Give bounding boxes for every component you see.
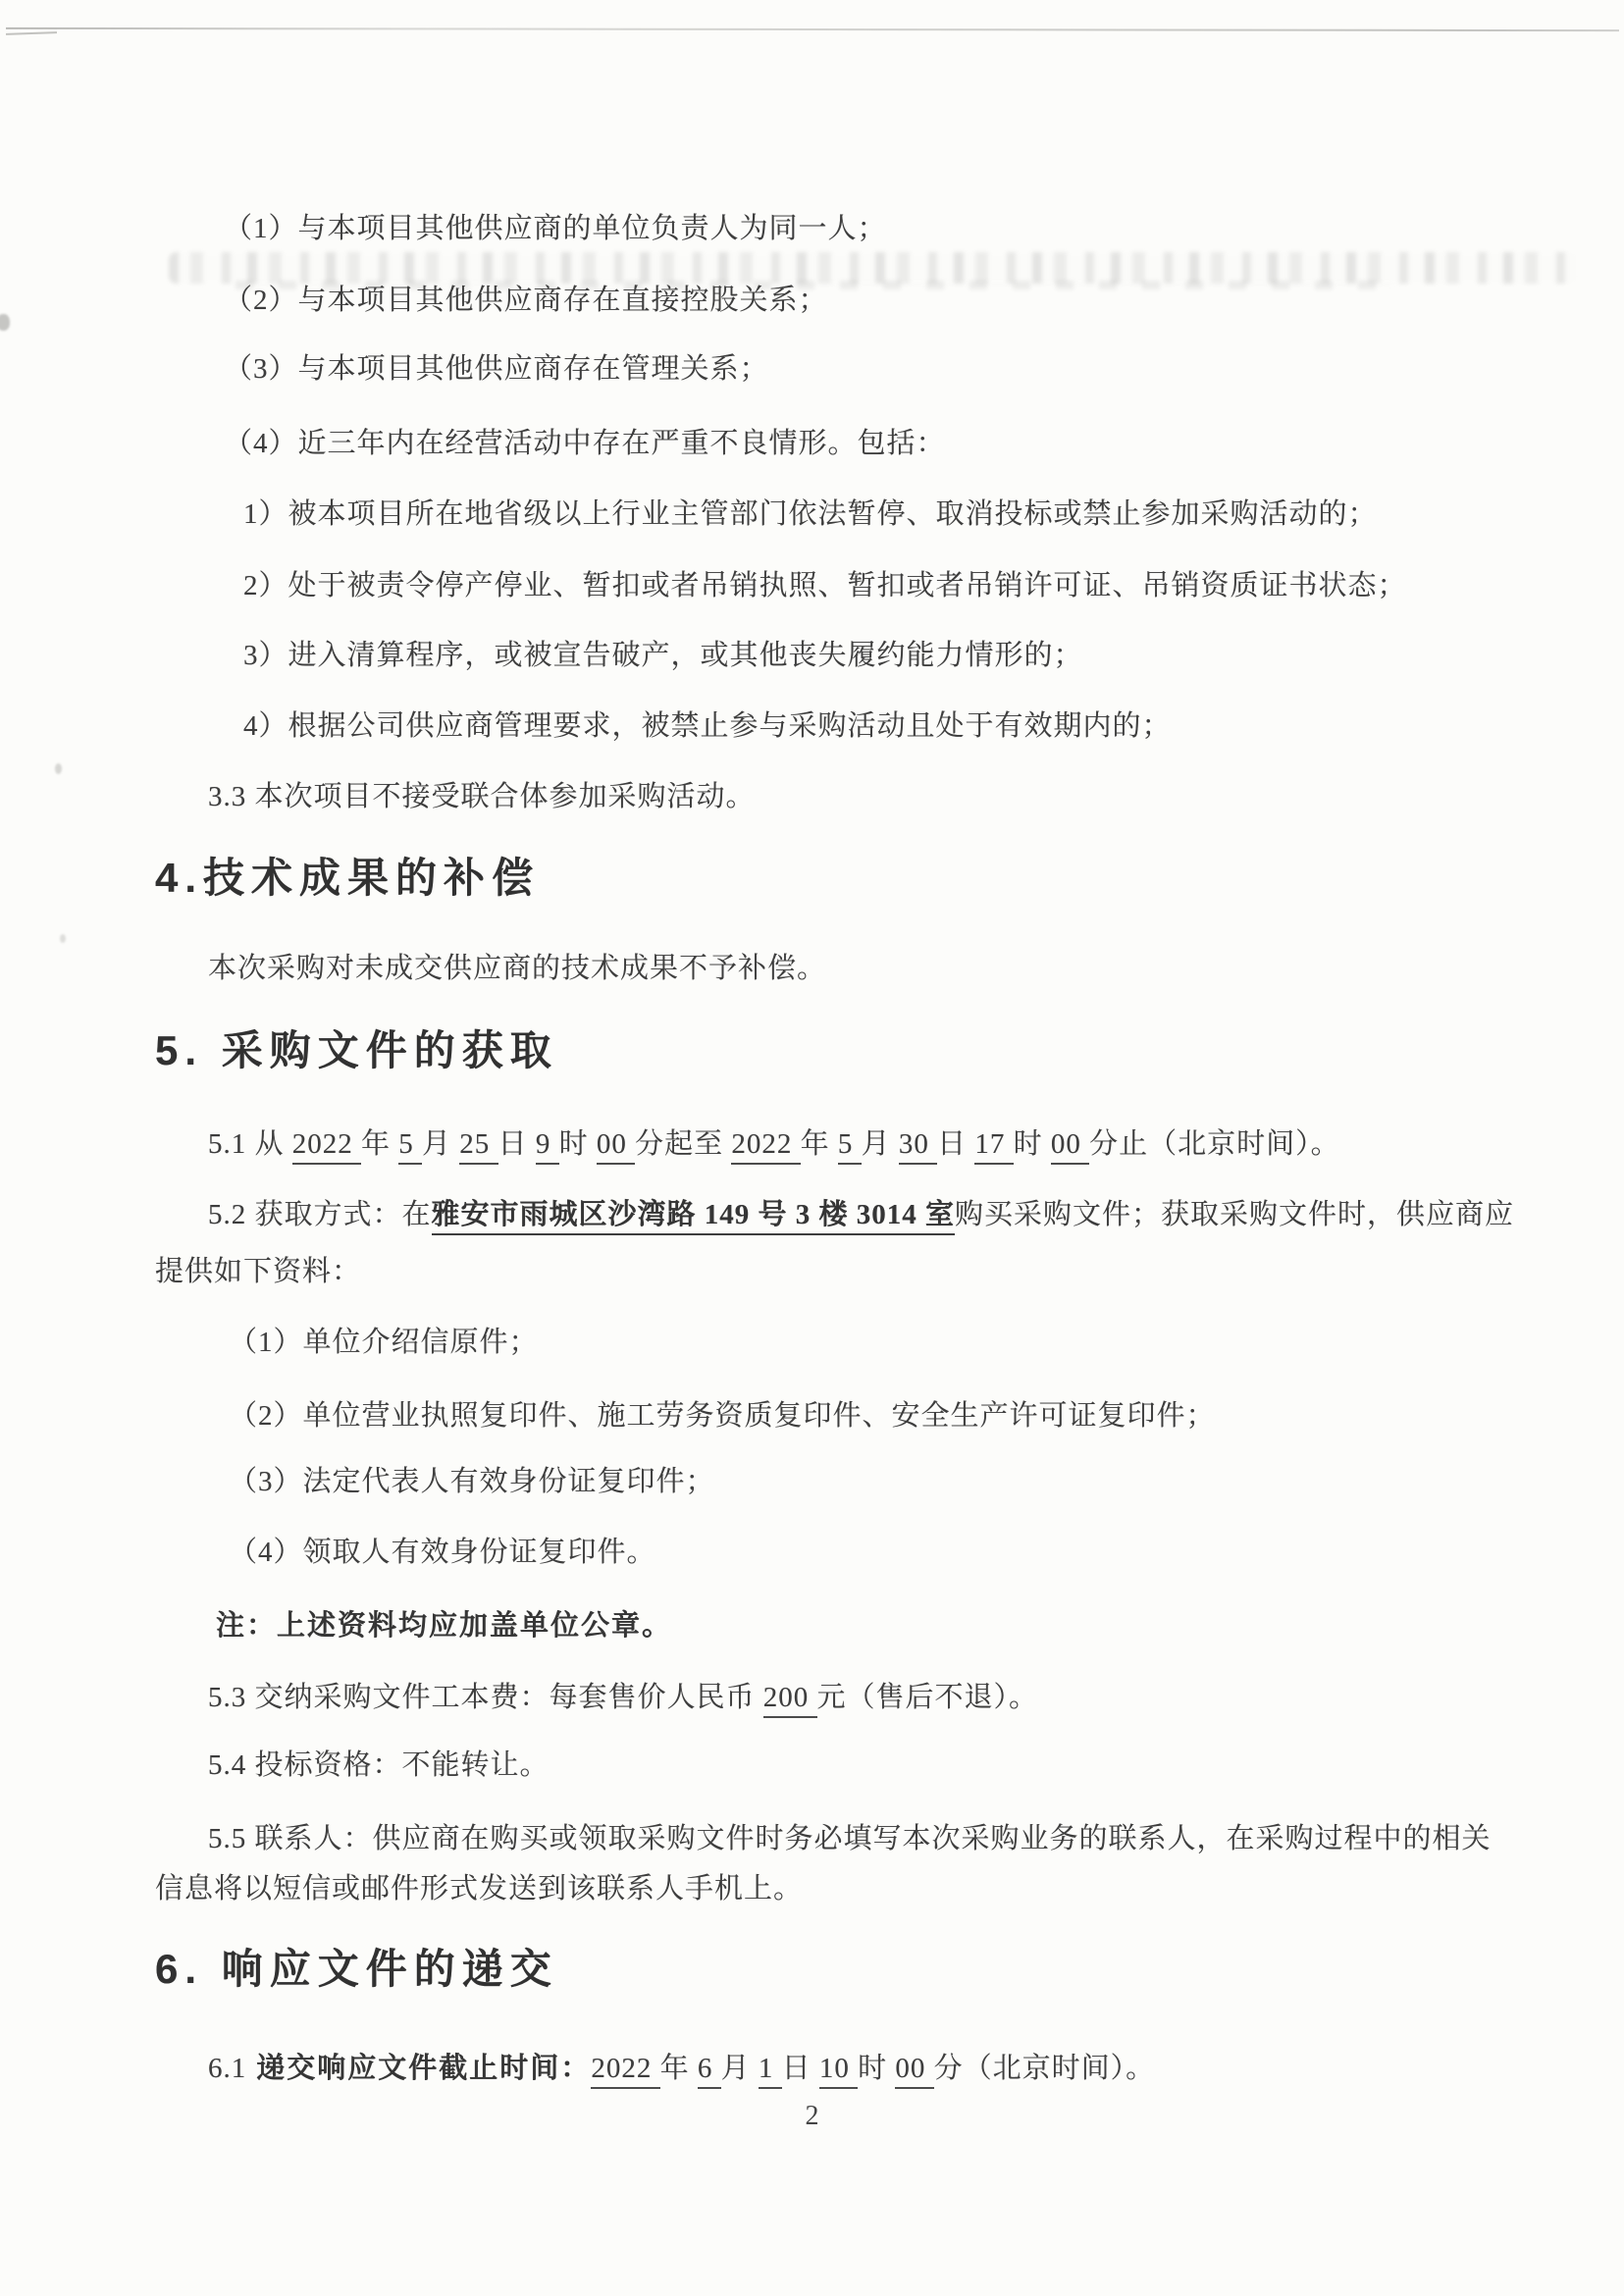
deadline-label: 递交响应文件截止时间： — [246, 2053, 591, 2084]
clause-number: 5.2 — [208, 1199, 246, 1230]
clause5-item-1: （1）单位介绍信原件； — [229, 1318, 539, 1367]
note-line: 注：上述资料均应加盖单位公章。 — [216, 1601, 672, 1650]
clause3-subitem-1: 1）被本项目所在地省级以上行业主管部门依法暂停、取消投标或禁止参加采购活动的； — [243, 490, 1378, 539]
page-number: 2 — [0, 2092, 1624, 2141]
date-value: 6 — [698, 2053, 721, 2089]
purchase-address: 雅安市雨城区沙湾路 149 号 3 楼 3014 室 — [432, 1199, 956, 1235]
clause3-item-3: （3）与本项目其他供应商存在管理关系； — [224, 344, 769, 393]
date-value: 25 — [459, 1128, 498, 1165]
clause-5-5: 5.5 联系人：供应商在购买或领取采购文件时务必填写本次采购业务的联系人，在采购… — [208, 1814, 1492, 1863]
time-value: 00 — [1051, 1128, 1089, 1165]
date-value: 5 — [398, 1128, 422, 1165]
clause-5-3: 5.3 交纳采购文件工本费：每套售价人民币 200 元（售后不退）。 — [208, 1673, 1038, 1722]
section4-body: 本次采购对未成交供应商的技术成果不予补偿。 — [208, 944, 826, 993]
time-value: 17 — [974, 1128, 1013, 1165]
clause-5-1: 5.1 从 2022 年 5 月 25 日 9 时 00 分起至 2022 年 … — [208, 1120, 1340, 1169]
clause5-item-2: （2）单位营业执照复印件、施工劳务资质复印件、安全生产许可证复印件； — [229, 1391, 1216, 1440]
clause-number: 5.3 — [208, 1682, 246, 1713]
section-heading-4: 4.技术成果的补偿 — [155, 851, 540, 906]
fee-value: 200 — [763, 1682, 817, 1718]
clause-5-5-wrap: 信息将以短信或邮件形式发送到该联系人手机上。 — [155, 1864, 803, 1913]
clause-3-3: 3.3 本次项目不接受联合体参加采购活动。 — [208, 772, 756, 821]
clause5-item-3: （3）法定代表人有效身份证复印件； — [229, 1457, 715, 1506]
scan-speck — [55, 763, 62, 774]
scanner-edge-line-tail — [6, 31, 57, 35]
time-value: 00 — [597, 1128, 635, 1165]
section-heading-5: 5. 采购文件的获取 — [155, 1023, 558, 1078]
date-value: 2022 — [731, 1128, 800, 1165]
date-value: 2022 — [591, 2053, 659, 2089]
time-value: 9 — [536, 1128, 559, 1165]
clause-5-2-wrap: 提供如下资料： — [155, 1247, 361, 1296]
clause-number: 6.1 — [208, 2053, 246, 2084]
clause-5-2: 5.2 获取方式：在雅安市雨城区沙湾路 149 号 3 楼 3014 室购买采购… — [208, 1190, 1514, 1239]
date-value: 2022 — [292, 1128, 361, 1165]
scanner-edge-line — [6, 27, 1619, 31]
clause-number: 5.5 — [208, 1823, 246, 1854]
clause3-subitem-3: 3）进入清算程序，或被宣告破产，或其他丧失履约能力情形的； — [243, 631, 1083, 680]
clause3-subitem-4: 4）根据公司供应商管理要求，被禁止参与采购活动且处于有效期内的； — [243, 702, 1172, 751]
date-value: 30 — [899, 1128, 937, 1165]
clause5-item-4: （4）领取人有效身份证复印件。 — [229, 1528, 656, 1577]
scan-speck — [60, 934, 66, 943]
time-value: 10 — [819, 2053, 858, 2089]
clause3-item-2: （2）与本项目其他供应商存在直接控股关系； — [224, 276, 828, 325]
scan-speck — [0, 314, 10, 331]
clause-5-4: 5.4 投标资格：不能转让。 — [208, 1741, 550, 1790]
section-heading-6: 6. 响应文件的递交 — [155, 1942, 558, 1997]
clause3-subitem-2: 2）处于被责令停产停业、暂扣或者吊销执照、暂扣或者吊销许可证、吊销资质证书状态； — [243, 561, 1407, 610]
clause3-item-4: （4）近三年内在经营活动中存在严重不良情形。包括： — [224, 419, 946, 468]
date-value: 1 — [759, 2053, 782, 2089]
clause3-item-1: （1）与本项目其他供应商的单位负责人为同一人； — [224, 204, 887, 253]
clause-number: 5.1 — [208, 1128, 246, 1160]
scanned-document-page: （1）与本项目其他供应商的单位负责人为同一人； （2）与本项目其他供应商存在直接… — [0, 0, 1624, 2296]
time-value: 00 — [895, 2053, 933, 2089]
clause-6-1: 6.1 递交响应文件截止时间：2022 年 6 月 1 日 10 时 00 分（… — [208, 2044, 1155, 2093]
date-value: 5 — [838, 1128, 862, 1165]
